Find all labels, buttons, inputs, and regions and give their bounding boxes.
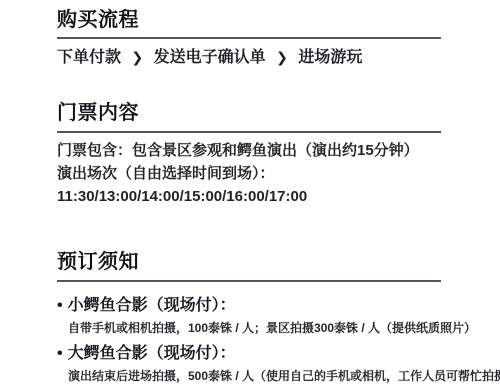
ticket-includes-line: 门票包含：包含景区参观和鳄鱼演出（演出约15分钟） <box>57 139 456 162</box>
section-divider <box>57 131 441 133</box>
section-purchase-flow: 购买流程 下单付款 ❯ 发送电子确认单 ❯ 进场游玩 <box>57 8 456 66</box>
ticket-content-body: 门票包含：包含景区参观和鳄鱼演出（演出约15分钟） 演出场次（自由选择时间到场）… <box>57 139 456 208</box>
section-divider <box>57 37 441 39</box>
booking-notes-list: • 小鳄鱼合影（现场付）： 自带手机或相机拍摄，100泰铢 / 人；景区拍摄30… <box>57 297 456 383</box>
section-ticket-content: 门票内容 门票包含：包含景区参观和鳄鱼演出（演出约15分钟） 演出场次（自由选择… <box>57 101 456 208</box>
note-item-title: • 大鳄鱼合影（现场付）： <box>57 345 456 362</box>
arrow-right-icon: ❯ <box>276 49 288 65</box>
show-times-line: 11:30/13:00/14:00/15:00/16:00/17:00 <box>57 185 456 208</box>
section-title-purchase-flow: 购买流程 <box>57 8 456 32</box>
section-title-ticket-content: 门票内容 <box>57 101 456 125</box>
arrow-right-icon: ❯ <box>131 49 143 65</box>
purchase-step-3: 进场游玩 <box>298 49 362 66</box>
purchase-step-2: 发送电子确认单 <box>154 49 266 66</box>
purchase-step-1: 下单付款 <box>57 49 121 66</box>
list-item-small-crocodile-photo: • 小鳄鱼合影（现场付）： 自带手机或相机拍摄，100泰铢 / 人；景区拍摄30… <box>57 297 456 335</box>
section-title-booking-notes: 预订须知 <box>57 250 456 274</box>
note-title-text: 大鳄鱼合影（现场付）： <box>68 345 236 362</box>
ticket-info-page: 购买流程 下单付款 ❯ 发送电子确认单 ❯ 进场游玩 门票内容 门票包含：包含景… <box>0 0 500 388</box>
note-item-title: • 小鳄鱼合影（现场付）： <box>57 297 456 314</box>
note-item-detail: 演出结束后进场拍摄，500泰铢 / 人（使用自己的手机或相机，工作人员可帮忙拍摄… <box>68 369 456 383</box>
section-divider <box>57 280 441 282</box>
purchase-steps: 下单付款 ❯ 发送电子确认单 ❯ 进场游玩 <box>57 49 456 66</box>
show-sessions-line: 演出场次（自由选择时间到场）： <box>57 162 456 185</box>
section-booking-notes: 预订须知 • 小鳄鱼合影（现场付）： 自带手机或相机拍摄，100泰铢 / 人；景… <box>57 250 456 383</box>
note-item-detail: 自带手机或相机拍摄，100泰铢 / 人；景区拍摄300泰铢 / 人（提供纸质照片… <box>68 321 456 335</box>
list-item-large-crocodile-photo: • 大鳄鱼合影（现场付）： 演出结束后进场拍摄，500泰铢 / 人（使用自己的手… <box>57 345 456 383</box>
note-title-text: 小鳄鱼合影（现场付）： <box>68 297 236 314</box>
bullet-icon: • <box>57 297 63 314</box>
bullet-icon: • <box>57 345 63 362</box>
